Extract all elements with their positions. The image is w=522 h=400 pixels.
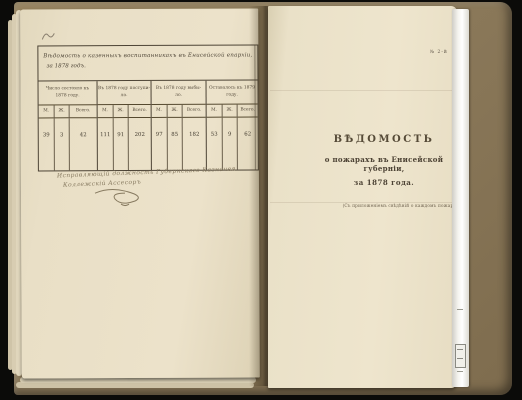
group-header: Въ 1878 году выбы- ло. (152, 81, 206, 105)
table-title-line1: Вѣдомость о казенныхъ воспитанникахъ въ … (38, 52, 257, 59)
page-subtitle-line2: за 1878 года. (308, 178, 460, 187)
page-note: (Съ приложеніемъ свѣдѣній о каждомъ пожа… (308, 203, 460, 208)
pencil-mark-icon (40, 29, 56, 43)
column-group-departed-1878: Въ 1878 году выбы- ло. М. Ж. Всего. 97 8… (151, 81, 206, 170)
title-block: ВѢДОМОСТЬ о пожарахъ въ Енисейской губер… (308, 134, 460, 208)
right-page: 2. № 2-й ВѢДОМОСТЬ о пожарахъ въ Енисейс… (268, 6, 457, 388)
group-header: Число состояло къ 1878 году. (39, 81, 97, 105)
inserted-white-sheet (452, 9, 469, 387)
column-group-remained-1878: Число состояло къ 1878 году. М. Ж. Всего… (39, 81, 97, 170)
subheader-male: М. (152, 105, 167, 118)
table-grid: Число состояло къ 1878 году. М. Ж. Всего… (39, 79, 258, 170)
subheader-male: М. (98, 105, 113, 118)
group-header: Въ 1878 году поступи- ло. (98, 81, 151, 105)
table-cell: 39 (39, 118, 54, 170)
table-cell: 3 (54, 118, 69, 170)
subheader-female: Ж. (113, 105, 128, 118)
table-cell: 85 (167, 118, 182, 170)
paper-crease (270, 90, 454, 91)
table-title-line2: за 1878 годъ. (46, 62, 257, 69)
page-title: ВѢДОМОСТЬ (308, 134, 460, 145)
subheader-total: Всего. (182, 105, 206, 118)
subheader-female: Ж. (167, 105, 182, 118)
subheader-female: Ж. (222, 105, 237, 118)
photographed-open-book: Вѣдомость о казенныхъ воспитанникахъ въ … (0, 0, 522, 400)
table-cell: 91 (113, 118, 128, 170)
document-number: № 2-й (430, 50, 448, 55)
subheader-female: Ж. (54, 105, 69, 118)
strip-tick-marks (457, 309, 463, 310)
subheader-male: М. (39, 105, 54, 118)
table-cell: 97 (152, 118, 167, 170)
subheader-total: Всего. (69, 105, 97, 118)
strip-printed-box (455, 344, 466, 368)
left-page: Вѣдомость о казенныхъ воспитанникахъ въ … (20, 8, 260, 378)
subheader-total: Всего. (128, 105, 151, 118)
page-subtitle-line1: о пожарахъ въ Енисейской губерніи, (308, 155, 460, 173)
table-cell: 53 (207, 118, 222, 170)
table-cell: 202 (128, 118, 151, 170)
column-group-arrived-1878: Въ 1878 году поступи- ло. М. Ж. Всего. 1… (97, 81, 151, 170)
table-cell: 182 (182, 118, 206, 170)
table-cell: 42 (69, 118, 97, 170)
statistics-table: Вѣдомость о казенныхъ воспитанникахъ въ … (37, 44, 259, 171)
table-cell: 111 (98, 118, 113, 170)
table-cell: 9 (222, 118, 237, 170)
subheader-male: М. (207, 105, 222, 118)
signature-flourish-icon (91, 185, 161, 207)
